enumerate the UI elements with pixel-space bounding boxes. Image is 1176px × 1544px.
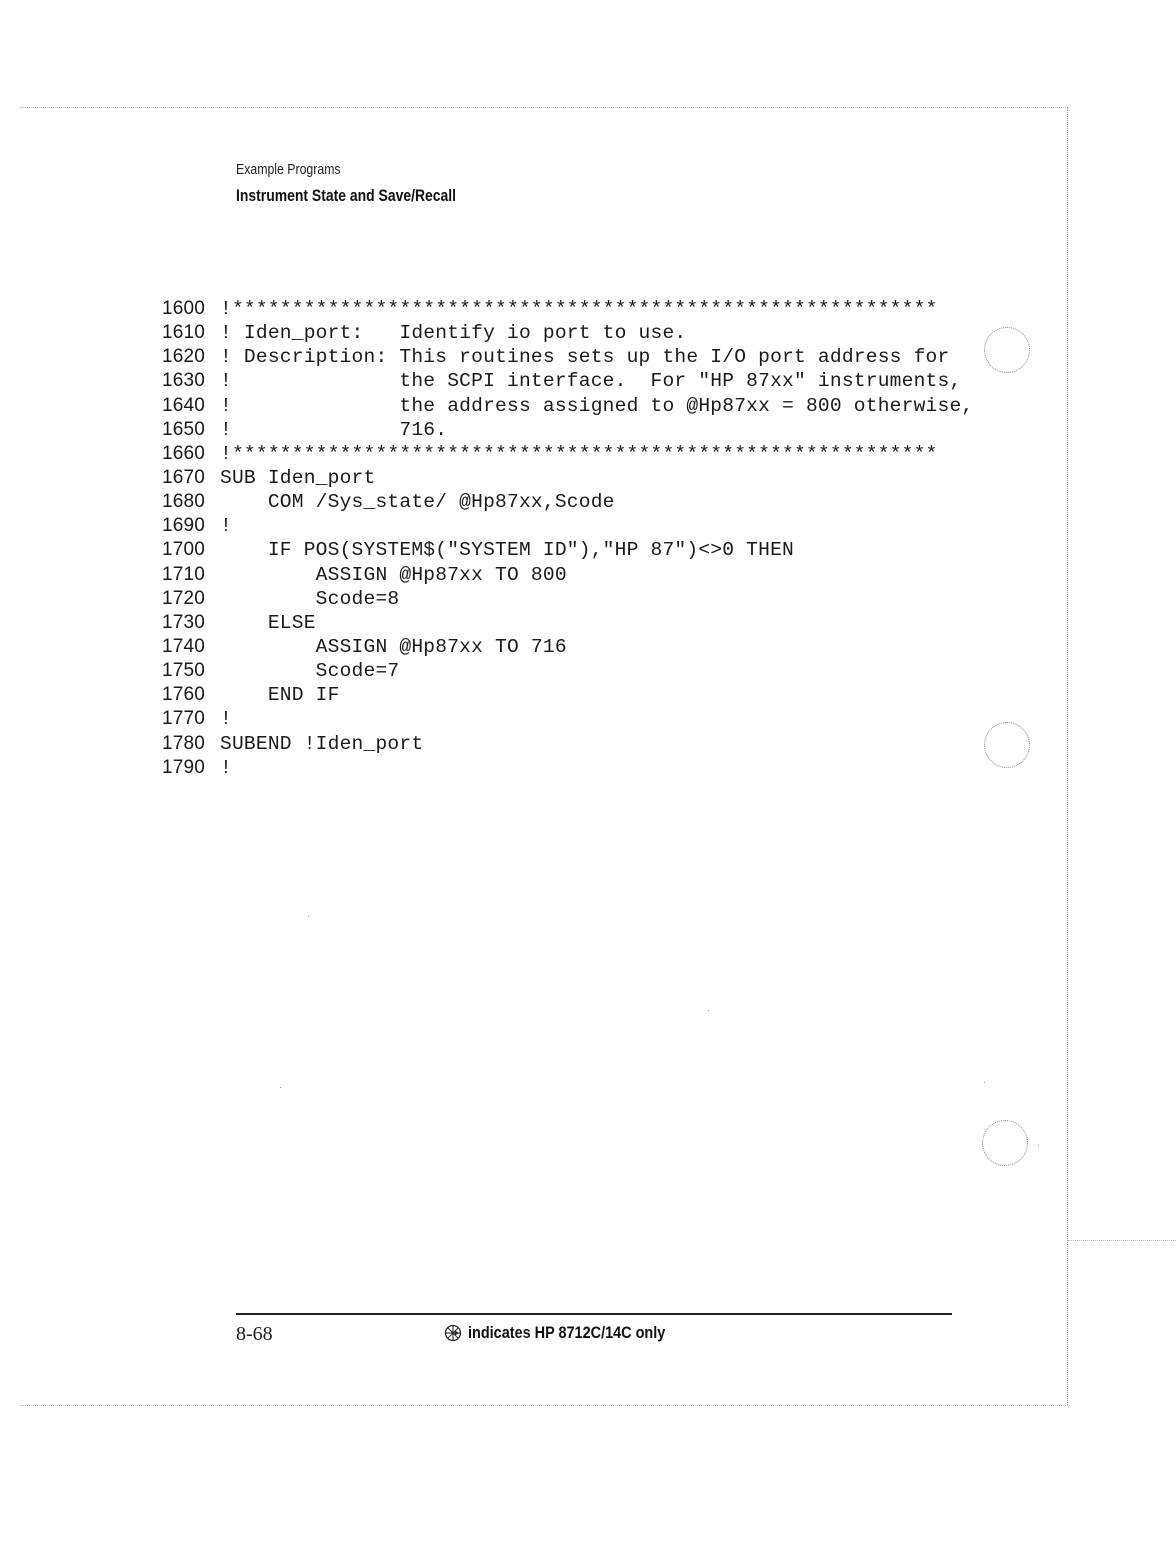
- line-text: ! the address assigned to @Hp87xx = 800 …: [220, 394, 973, 418]
- code-line: 1730 ELSE: [162, 611, 973, 635]
- footer-rule: [236, 1313, 952, 1315]
- code-line: 1640! the address assigned to @Hp87xx = …: [162, 394, 973, 418]
- line-text: ELSE: [220, 611, 316, 635]
- punch-hole-bottom: [982, 1120, 1028, 1166]
- line-number: 1730: [162, 611, 220, 635]
- page-edge-bottom: [20, 1405, 1068, 1406]
- code-line: 1660!***********************************…: [162, 442, 973, 466]
- line-text: COM /Sys_state/ @Hp87xx,Scode: [220, 490, 615, 514]
- line-number: 1700: [162, 538, 220, 562]
- line-number: 1640: [162, 394, 220, 418]
- code-line: 1740 ASSIGN @Hp87xx TO 716: [162, 635, 973, 659]
- punch-hole-middle: [984, 722, 1030, 768]
- line-text: ! 716.: [220, 418, 447, 442]
- line-number: 1620: [162, 345, 220, 369]
- line-number: 1750: [162, 659, 220, 683]
- code-line: 1680 COM /Sys_state/ @Hp87xx,Scode: [162, 490, 973, 514]
- line-text: SUBEND !Iden_port: [220, 732, 423, 756]
- code-line: 1610! Iden_port: Identify io port to use…: [162, 321, 973, 345]
- code-line: 1770!: [162, 707, 973, 731]
- page-edge-right: [1067, 107, 1068, 1405]
- line-text: END IF: [220, 683, 340, 707]
- page-number: 8-68: [236, 1323, 273, 1346]
- running-head: Example Programs: [236, 161, 341, 178]
- scan-speck: [280, 1087, 281, 1088]
- code-line: 1750 Scode=7: [162, 659, 973, 683]
- scan-speck: [308, 916, 309, 917]
- line-number: 1770: [162, 707, 220, 731]
- section-title: Instrument State and Save/Recall: [236, 186, 456, 206]
- line-number: 1720: [162, 587, 220, 611]
- code-listing: 1600!***********************************…: [162, 297, 973, 780]
- code-line: 1630! the SCPI interface. For "HP 87xx" …: [162, 369, 973, 393]
- line-number: 1680: [162, 490, 220, 514]
- line-number: 1660: [162, 442, 220, 466]
- page-edge-stub: [1068, 1240, 1176, 1241]
- code-line: 1790!: [162, 756, 973, 780]
- line-number: 1670: [162, 466, 220, 490]
- scan-speck: [1038, 1145, 1039, 1146]
- line-number: 1740: [162, 635, 220, 659]
- hp-8712c-14c-indicator-icon: [444, 1324, 462, 1342]
- code-line: 1720 Scode=8: [162, 587, 973, 611]
- line-number: 1630: [162, 369, 220, 393]
- code-line: 1760 END IF: [162, 683, 973, 707]
- line-text: !***************************************…: [220, 297, 938, 321]
- code-line: 1600!***********************************…: [162, 297, 973, 321]
- line-number: 1610: [162, 321, 220, 345]
- scan-speck: [984, 1082, 985, 1083]
- code-line: 1710 ASSIGN @Hp87xx TO 800: [162, 563, 973, 587]
- line-text: ASSIGN @Hp87xx TO 716: [220, 635, 567, 659]
- code-line: 1670SUB Iden_port: [162, 466, 973, 490]
- line-text: Scode=8: [220, 587, 399, 611]
- line-number: 1790: [162, 756, 220, 780]
- footer-note-text: indicates HP 8712C/14C only: [468, 1323, 665, 1343]
- line-text: ! Description: This routines sets up the…: [220, 345, 949, 369]
- line-text: SUB Iden_port: [220, 466, 375, 490]
- code-line: 1780SUBEND !Iden_port: [162, 732, 973, 756]
- line-text: !: [220, 756, 232, 780]
- line-text: ! Iden_port: Identify io port to use.: [220, 321, 686, 345]
- punch-hole-top: [984, 327, 1030, 373]
- line-number: 1780: [162, 732, 220, 756]
- scan-speck: [708, 1010, 709, 1011]
- line-text: ! the SCPI interface. For "HP 87xx" inst…: [220, 369, 961, 393]
- line-number: 1710: [162, 563, 220, 587]
- line-text: ASSIGN @Hp87xx TO 800: [220, 563, 567, 587]
- line-number: 1760: [162, 683, 220, 707]
- line-number: 1690: [162, 514, 220, 538]
- code-line: 1700 IF POS(SYSTEM$("SYSTEM ID"),"HP 87"…: [162, 538, 973, 562]
- page-edge-top: [20, 107, 1068, 108]
- line-text: !: [220, 514, 232, 538]
- line-text: !: [220, 707, 232, 731]
- code-line: 1690!: [162, 514, 973, 538]
- code-line: 1650! 716.: [162, 418, 973, 442]
- line-text: Scode=7: [220, 659, 399, 683]
- line-text: !***************************************…: [220, 442, 938, 466]
- line-number: 1600: [162, 297, 220, 321]
- footer-note: indicates HP 8712C/14C only: [444, 1323, 700, 1343]
- code-line: 1620! Description: This routines sets up…: [162, 345, 973, 369]
- line-text: IF POS(SYSTEM$("SYSTEM ID"),"HP 87")<>0 …: [220, 538, 794, 562]
- line-number: 1650: [162, 418, 220, 442]
